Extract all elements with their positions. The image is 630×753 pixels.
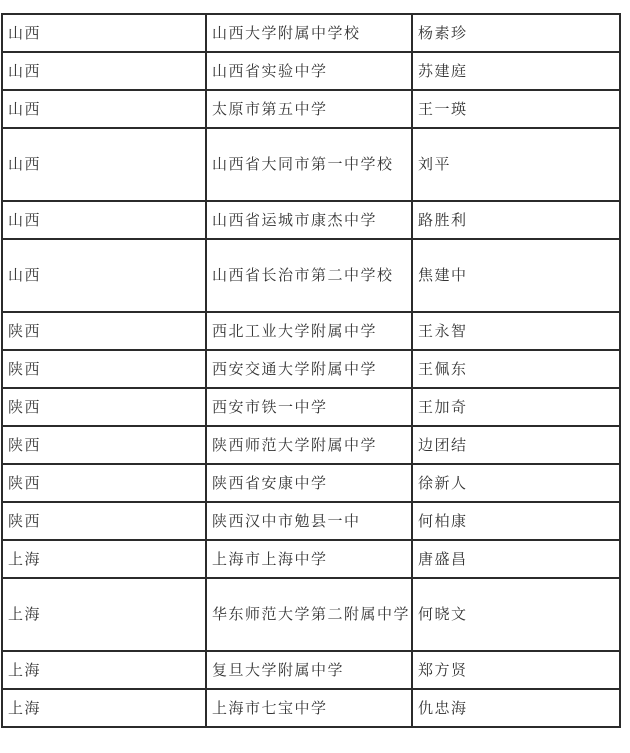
name-cell: 路胜利: [412, 201, 620, 239]
region-cell: 山西: [2, 52, 206, 90]
school-cell: 陕西师范大学附属中学: [206, 426, 412, 464]
region-cell: 陕西: [2, 502, 206, 540]
table-row: 山西 山西大学附属中学校 杨素珍: [2, 14, 620, 52]
table-row: 山西 山西省运城市康杰中学 路胜利: [2, 201, 620, 239]
table-row: 上海 华东师范大学第二附属中学 何晓文: [2, 578, 620, 651]
name-cell: 杨素珍: [412, 14, 620, 52]
school-cell: 山西省长治市第二中学校: [206, 239, 412, 312]
name-cell: 王一瑛: [412, 90, 620, 128]
table-row: 陕西 西安交通大学附属中学 王佩东: [2, 350, 620, 388]
region-cell: 山西: [2, 90, 206, 128]
school-cell: 山西大学附属中学校: [206, 14, 412, 52]
principal-roster-table: 山西 山西大学附属中学校 杨素珍 山西 山西省实验中学 苏建庭 山西 太原市第五…: [1, 13, 621, 728]
region-cell: 上海: [2, 689, 206, 727]
name-cell: 焦建中: [412, 239, 620, 312]
name-cell: 苏建庭: [412, 52, 620, 90]
table-row: 上海 上海市上海中学 唐盛昌: [2, 540, 620, 578]
name-cell: 徐新人: [412, 464, 620, 502]
table-row: 山西 山西省实验中学 苏建庭: [2, 52, 620, 90]
school-cell: 上海市七宝中学: [206, 689, 412, 727]
table-row: 上海 上海市七宝中学 仇忠海: [2, 689, 620, 727]
table-row: 陕西 西北工业大学附属中学 王永智: [2, 312, 620, 350]
school-cell: 复旦大学附属中学: [206, 651, 412, 689]
region-cell: 山西: [2, 239, 206, 312]
table-row: 陕西 西安市铁一中学 王加奇: [2, 388, 620, 426]
name-cell: 边团结: [412, 426, 620, 464]
name-cell: 唐盛昌: [412, 540, 620, 578]
name-cell: 刘平: [412, 128, 620, 201]
name-cell: 郑方贤: [412, 651, 620, 689]
school-cell: 山西省实验中学: [206, 52, 412, 90]
school-cell: 山西省大同市第一中学校: [206, 128, 412, 201]
name-cell: 王佩东: [412, 350, 620, 388]
region-cell: 陕西: [2, 350, 206, 388]
table-row: 上海 复旦大学附属中学 郑方贤: [2, 651, 620, 689]
name-cell: 王永智: [412, 312, 620, 350]
region-cell: 山西: [2, 14, 206, 52]
table-row: 陕西 陕西师范大学附属中学 边团结: [2, 426, 620, 464]
region-cell: 上海: [2, 651, 206, 689]
name-cell: 何晓文: [412, 578, 620, 651]
table-row: 陕西 陕西汉中市勉县一中 何柏康: [2, 502, 620, 540]
region-cell: 上海: [2, 578, 206, 651]
name-cell: 王加奇: [412, 388, 620, 426]
region-cell: 陕西: [2, 312, 206, 350]
name-cell: 何柏康: [412, 502, 620, 540]
region-cell: 陕西: [2, 388, 206, 426]
school-cell: 太原市第五中学: [206, 90, 412, 128]
table-row: 陕西 陕西省安康中学 徐新人: [2, 464, 620, 502]
table-row: 山西 山西省大同市第一中学校 刘平: [2, 128, 620, 201]
school-cell: 西北工业大学附属中学: [206, 312, 412, 350]
school-cell: 西安交通大学附属中学: [206, 350, 412, 388]
school-cell: 陕西汉中市勉县一中: [206, 502, 412, 540]
table-row: 山西 太原市第五中学 王一瑛: [2, 90, 620, 128]
school-cell: 山西省运城市康杰中学: [206, 201, 412, 239]
school-cell: 西安市铁一中学: [206, 388, 412, 426]
region-cell: 陕西: [2, 464, 206, 502]
region-cell: 上海: [2, 540, 206, 578]
name-cell: 仇忠海: [412, 689, 620, 727]
school-cell: 陕西省安康中学: [206, 464, 412, 502]
school-cell: 上海市上海中学: [206, 540, 412, 578]
region-cell: 陕西: [2, 426, 206, 464]
school-cell: 华东师范大学第二附属中学: [206, 578, 412, 651]
region-cell: 山西: [2, 128, 206, 201]
region-cell: 山西: [2, 201, 206, 239]
table-row: 山西 山西省长治市第二中学校 焦建中: [2, 239, 620, 312]
